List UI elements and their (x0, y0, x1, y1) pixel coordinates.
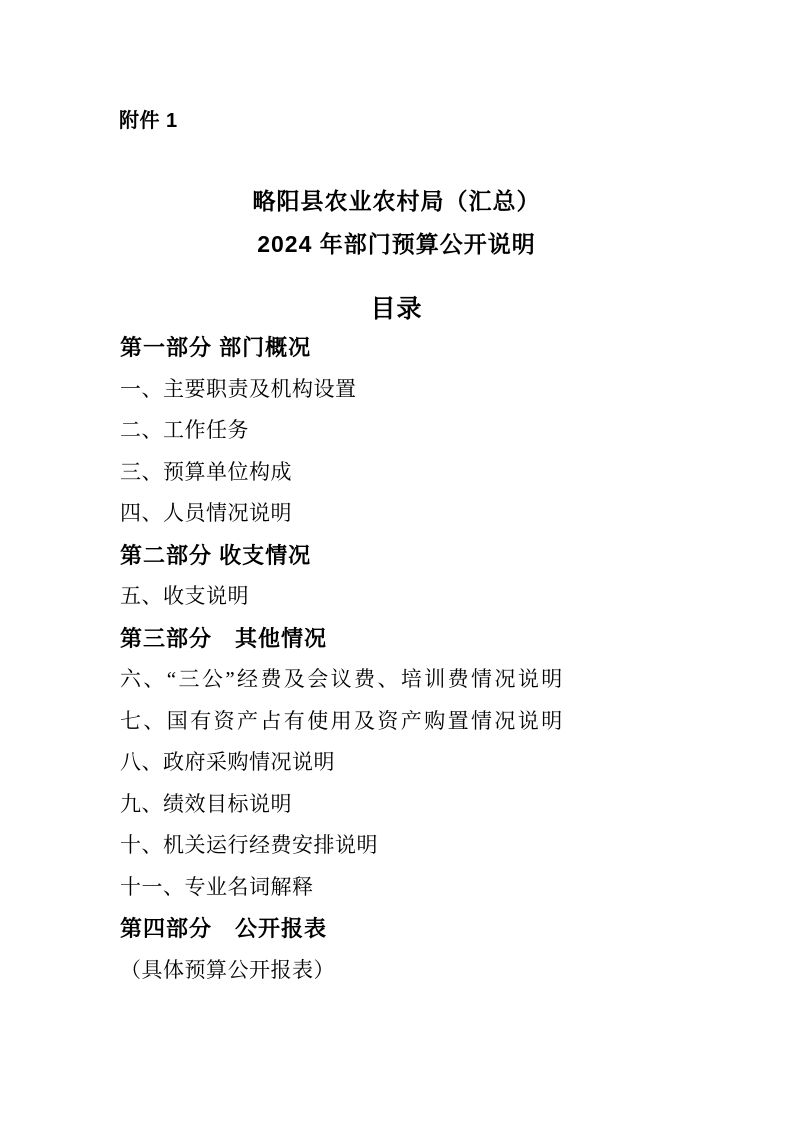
document-page: 附件 1 略阳县农业农村局（汇总） 2024 年部门预算公开说明 目录 第一部分… (0, 0, 793, 1122)
toc-item-report-note: （具体预算公开报表） (120, 950, 763, 992)
toc-item-2: 二、工作任务 (120, 410, 763, 452)
toc-item-5: 五、收支说明 (120, 576, 763, 618)
toc-item-1: 一、主要职责及机构设置 (120, 369, 763, 411)
toc-section-heading-part1: 第一部分 部门概况 (120, 327, 763, 369)
toc-item-10: 十、机关运行经费安排说明 (120, 825, 763, 867)
toc-item-8: 八、政府采购情况说明 (120, 742, 763, 784)
toc-section-heading-part4: 第四部分 公开报表 (120, 908, 763, 950)
toc-item-6: 六、“三公”经费及会议费、培训费情况说明 (120, 659, 763, 701)
toc-item-4: 四、人员情况说明 (120, 493, 763, 535)
toc-item-9: 九、绩效目标说明 (120, 784, 763, 826)
toc-heading: 目录 (0, 289, 793, 325)
document-title-line1: 略阳县农业农村局（汇总） (0, 183, 793, 216)
toc-item-3: 三、预算单位构成 (120, 452, 763, 494)
toc-section-heading-part2: 第二部分 收支情况 (120, 535, 763, 577)
toc-list: 第一部分 部门概况 一、主要职责及机构设置 二、工作任务 三、预算单位构成 四、… (120, 327, 763, 991)
toc-section-heading-part3: 第三部分 其他情况 (120, 618, 763, 660)
document-title-line2: 2024 年部门预算公开说明 (0, 226, 793, 259)
toc-item-7: 七、国有资产占有使用及资产购置情况说明 (120, 701, 763, 743)
attachment-label: 附件 1 (119, 104, 178, 133)
toc-item-11: 十一、专业名词解释 (120, 867, 763, 909)
